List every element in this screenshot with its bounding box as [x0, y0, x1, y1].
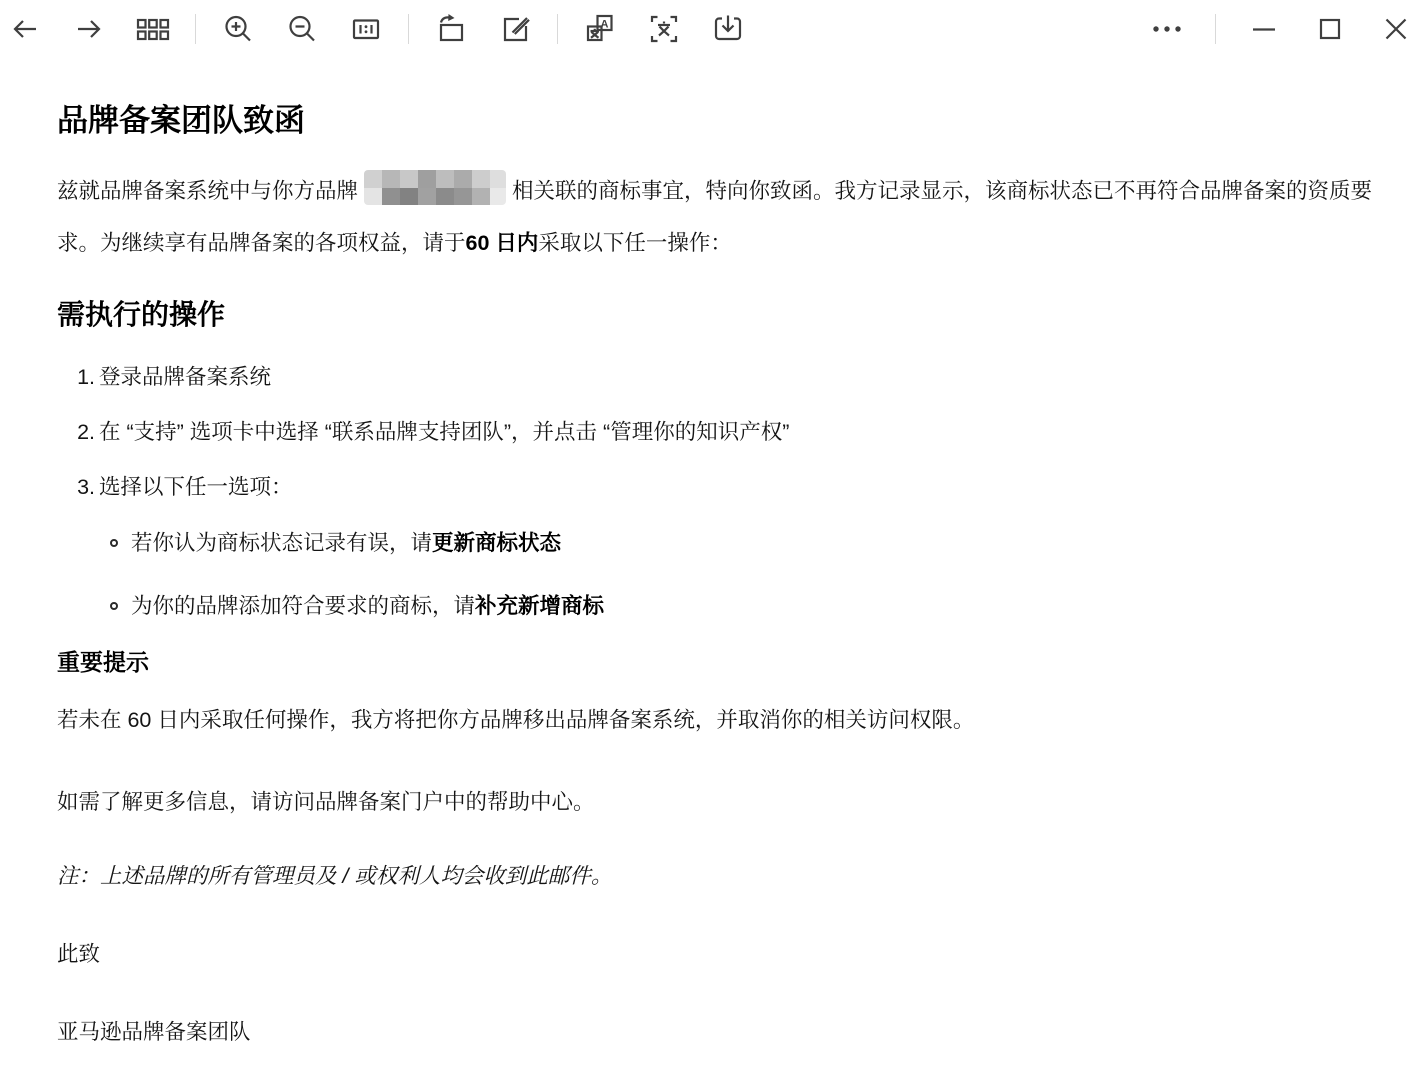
zoom-out-icon	[287, 14, 317, 44]
download-button[interactable]	[706, 7, 750, 51]
more-options-icon	[1150, 14, 1184, 44]
toolbar-right-group	[1145, 7, 1418, 51]
intro-text-post: 采取以下任一操作：	[538, 231, 732, 255]
list-item-option-1: 若你认为商标状态记录有误，请更新商标状态	[110, 528, 1375, 558]
edit-icon	[500, 14, 530, 44]
actual-size-button[interactable]	[344, 7, 388, 51]
zoom-in-icon	[223, 14, 253, 44]
forward-button[interactable]	[67, 7, 111, 51]
document-body: 品牌备案团队致函 兹就品牌备案系统中与你方品牌 相关联的商标事宜，特向你致函。我…	[0, 58, 1419, 1045]
list-item-step-2: 2.在 “支持” 选项卡中选择 “联系品牌支持团队”，并点击 “管理你的知识产权…	[75, 418, 1375, 446]
redacted-brand-name	[364, 170, 506, 205]
step-text: 选择以下任一选项：	[99, 475, 293, 499]
toolbar: A	[0, 0, 1419, 58]
maximize-button[interactable]	[1308, 7, 1352, 51]
translate-icon: A	[584, 13, 616, 45]
step-number: 1.	[75, 363, 95, 391]
hollow-bullet-icon	[110, 539, 118, 547]
note-paragraph: 注：上述品牌的所有管理员及 / 或权利人均会收到此邮件。	[57, 863, 1375, 889]
translate-button[interactable]: A	[578, 7, 622, 51]
page-title: 品牌备案团队致函	[57, 102, 1375, 139]
thumbnail-grid-icon	[136, 14, 170, 44]
intro-text-pre: 兹就品牌备案系统中与你方品牌	[57, 179, 358, 203]
option-bold-text: 补充新增商标	[475, 594, 604, 618]
step-number: 3.	[75, 473, 95, 501]
step-text: 在 “支持” 选项卡中选择 “联系品牌支持团队”，并点击 “管理你的知识产权”	[99, 420, 789, 444]
deadline-consequence-paragraph: 若未在 60 日内采取任何操作，我方将把你方品牌移出品牌备案系统，并取消你的相关…	[57, 707, 1375, 733]
edit-button[interactable]	[493, 7, 537, 51]
signature-text: 亚马逊品牌备案团队	[57, 1019, 1375, 1045]
deadline-bold-text: 60 日内	[466, 231, 539, 255]
rotate-button[interactable]	[429, 7, 473, 51]
more-options-button[interactable]	[1145, 7, 1189, 51]
toolbar-separator	[408, 14, 409, 44]
intro-paragraph: 兹就品牌备案系统中与你方品牌 相关联的商标事宜，特向你致函。我方记录显示，该商标…	[57, 165, 1375, 269]
zoom-out-button[interactable]	[280, 7, 324, 51]
option-text: 若你认为商标状态记录有误，请	[131, 531, 432, 555]
download-icon	[712, 13, 744, 45]
thumbnail-grid-button[interactable]	[131, 7, 175, 51]
list-item-step-3: 3.选择以下任一选项：	[75, 473, 1375, 501]
closing-text: 此致	[57, 941, 1375, 967]
section-heading-actions: 需执行的操作	[57, 299, 1375, 331]
close-button[interactable]	[1374, 7, 1418, 51]
maximize-icon	[1315, 14, 1345, 44]
step-number: 2.	[75, 418, 95, 446]
hollow-bullet-icon	[110, 602, 118, 610]
ocr-text-icon	[648, 13, 680, 45]
step-text: 登录品牌备案系统	[99, 365, 271, 389]
rotate-icon	[435, 13, 467, 45]
back-arrow-icon	[10, 14, 40, 44]
back-button[interactable]	[3, 7, 47, 51]
action-steps-list: 1.登录品牌备案系统 2.在 “支持” 选项卡中选择 “联系品牌支持团队”，并点…	[57, 363, 1375, 501]
pixelated-redaction	[364, 170, 506, 205]
option-bold-text: 更新商标状态	[432, 531, 561, 555]
list-item-step-1: 1.登录品牌备案系统	[75, 363, 1375, 391]
list-item-option-2: 为你的品牌添加符合要求的商标，请补充新增商标	[110, 591, 1375, 621]
toolbar-separator	[1215, 14, 1216, 44]
close-icon	[1381, 14, 1411, 44]
actual-size-icon	[351, 14, 381, 44]
minimize-button[interactable]	[1242, 7, 1286, 51]
toolbar-separator	[557, 14, 558, 44]
option-text: 为你的品牌添加符合要求的商标，请	[131, 594, 475, 618]
more-info-paragraph: 如需了解更多信息，请访问品牌备案门户中的帮助中心。	[57, 789, 1375, 815]
option-list: 若你认为商标状态记录有误，请更新商标状态 为你的品牌添加符合要求的商标，请补充新…	[57, 528, 1375, 621]
forward-arrow-icon	[74, 14, 104, 44]
section-heading-important: 重要提示	[57, 649, 1375, 676]
minimize-icon	[1249, 14, 1279, 44]
toolbar-separator	[195, 14, 196, 44]
ocr-text-button[interactable]	[642, 7, 686, 51]
zoom-in-button[interactable]	[216, 7, 260, 51]
